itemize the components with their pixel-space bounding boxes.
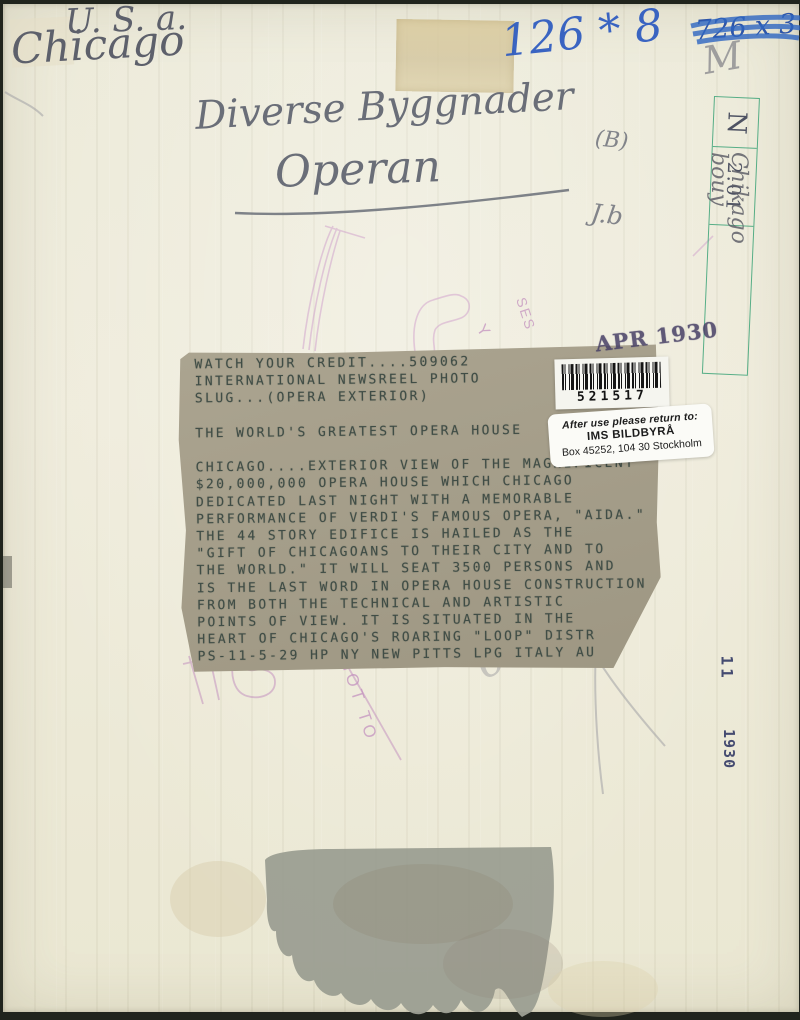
- handwriting-subject-line2: Operan: [274, 141, 442, 198]
- faint-stamp-y: Y: [472, 321, 493, 340]
- barcode-icon: [561, 362, 661, 391]
- photo-verso-scan: U. S. a. Chicago 126 * 8 726 x 3 M Diver…: [0, 0, 800, 1020]
- barcode-number: 521517: [555, 388, 669, 406]
- handwriting-pencil-initials: M: [699, 33, 745, 83]
- faint-stamp-ses: SES: [513, 295, 539, 332]
- return-sticker: After use please return to: IMS BILDBYRÅ…: [547, 403, 714, 467]
- date-stamp: APR 1930: [594, 317, 719, 357]
- side-stamp-year: 1930: [720, 729, 738, 781]
- archive-stamp-cell: N: [713, 97, 759, 149]
- photo-paper: U. S. a. Chicago 126 * 8 726 x 3 M Diver…: [3, 4, 799, 1012]
- vertical-handwriting-word1: Chikago: [728, 152, 748, 342]
- caption-line: PS-11-5-29 HP NY NEW PITTS LPG ITALY AU: [197, 644, 655, 666]
- handwriting-blue-number: 126 * 8: [499, 0, 665, 67]
- barcode-sticker: 521517: [554, 357, 669, 410]
- side-stamp-number: 11: [718, 656, 737, 696]
- bottom-stain: [265, 847, 554, 1017]
- handwriting-subject-line1: Diverse Byggnader: [194, 74, 575, 139]
- handwriting-b-mark: (B): [594, 126, 630, 154]
- archive-stamp-letter: N: [720, 110, 751, 134]
- handwriting-chicago: Chicago: [10, 15, 186, 73]
- vertical-handwriting-word2: bouy: [708, 152, 728, 342]
- vertical-handwriting: Chikago bouy: [702, 152, 748, 342]
- handwriting-jb-mark: J.b: [589, 198, 625, 231]
